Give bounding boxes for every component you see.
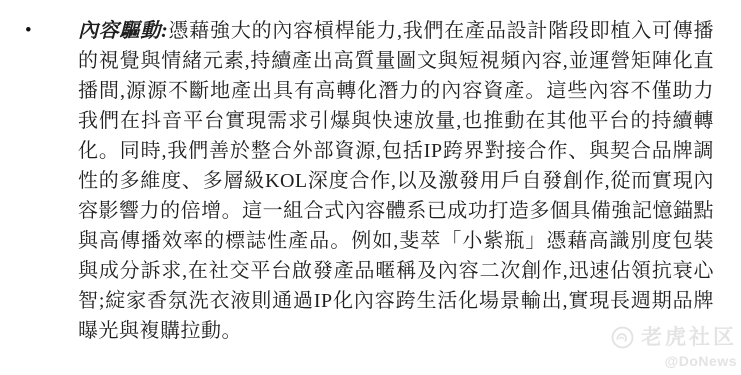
tiger-logo-icon: [611, 326, 634, 349]
bullet-marker: •: [25, 16, 78, 46]
watermark-handle: @DoNews: [665, 353, 737, 369]
paragraph-body: 憑藉強大的內容槓桿能力,我們在產品設計階段即植入可傳播的視覺與情緒元素,持續產出…: [78, 20, 714, 342]
paragraph-lead: 內容驅動:: [78, 20, 168, 42]
watermark-row: 老虎社区: [611, 326, 737, 349]
document-page: • 內容驅動:憑藉強大的內容槓桿能力,我們在產品設計階段即植入可傳播的視覺與情緒…: [0, 0, 741, 375]
paragraph: 內容驅動:憑藉強大的內容槓桿能力,我們在產品設計階段即植入可傳播的視覺與情緒元素…: [78, 16, 714, 346]
watermark-brand: 老虎社区: [641, 326, 737, 349]
watermark: 老虎社区 @DoNews: [611, 326, 737, 369]
bullet-list-item: • 內容驅動:憑藉強大的內容槓桿能力,我們在產品設計階段即植入可傳播的視覺與情緒…: [0, 0, 741, 346]
